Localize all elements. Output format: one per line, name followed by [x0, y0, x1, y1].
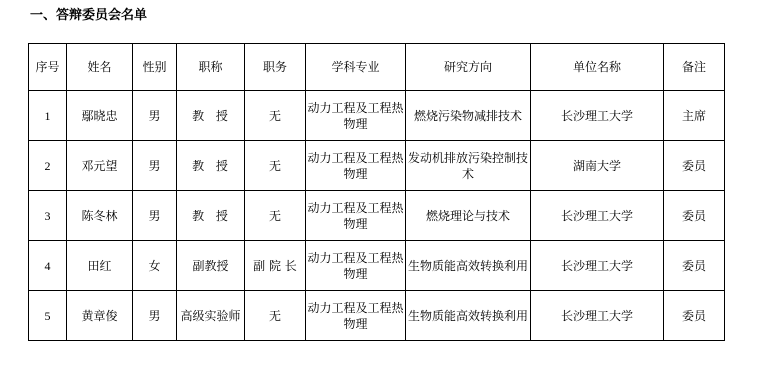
header-position: 职务 — [245, 44, 306, 91]
cell-gender: 男 — [133, 291, 177, 341]
header-gender: 性别 — [133, 44, 177, 91]
table-row: 1 鄢晓忠 男 教 授 无 动力工程及工程热物理 燃烧污染物减排技术 长沙理工大… — [29, 91, 725, 141]
cell-position: 无 — [245, 141, 306, 191]
cell-title: 教 授 — [177, 191, 245, 241]
cell-no: 4 — [29, 241, 67, 291]
cell-unit: 湖南大学 — [531, 141, 664, 191]
table-row: 4 田红 女 副教授 副 院 长 动力工程及工程热物理 生物质能高效转换利用 长… — [29, 241, 725, 291]
cell-gender: 男 — [133, 91, 177, 141]
cell-remark: 委员 — [664, 141, 725, 191]
cell-title: 教 授 — [177, 141, 245, 191]
cell-name: 陈冬林 — [67, 191, 133, 241]
cell-gender: 女 — [133, 241, 177, 291]
header-research: 研究方向 — [406, 44, 531, 91]
cell-no: 2 — [29, 141, 67, 191]
header-unit: 单位名称 — [531, 44, 664, 91]
header-title: 职称 — [177, 44, 245, 91]
cell-unit: 长沙理工大学 — [531, 91, 664, 141]
cell-no: 1 — [29, 91, 67, 141]
header-name: 姓名 — [67, 44, 133, 91]
cell-title: 高级实验师 — [177, 291, 245, 341]
cell-title: 副教授 — [177, 241, 245, 291]
cell-position: 副 院 长 — [245, 241, 306, 291]
cell-remark: 主席 — [664, 91, 725, 141]
cell-position: 无 — [245, 291, 306, 341]
cell-gender: 男 — [133, 191, 177, 241]
cell-unit: 长沙理工大学 — [531, 191, 664, 241]
cell-research: 燃烧理论与技术 — [406, 191, 531, 241]
cell-research: 生物质能高效转换利用 — [406, 241, 531, 291]
cell-discipline: 动力工程及工程热物理 — [306, 191, 406, 241]
cell-no: 3 — [29, 191, 67, 241]
cell-name: 邓元望 — [67, 141, 133, 191]
header-discipline: 学科专业 — [306, 44, 406, 91]
cell-research: 生物质能高效转换利用 — [406, 291, 531, 341]
section-title: 一、答辩委员会名单 — [30, 8, 147, 24]
cell-discipline: 动力工程及工程热物理 — [306, 141, 406, 191]
cell-name: 黄章俊 — [67, 291, 133, 341]
cell-discipline: 动力工程及工程热物理 — [306, 91, 406, 141]
header-remark: 备注 — [664, 44, 725, 91]
cell-title: 教 授 — [177, 91, 245, 141]
cell-position: 无 — [245, 91, 306, 141]
cell-discipline: 动力工程及工程热物理 — [306, 291, 406, 341]
table-header-row: 序号 姓名 性别 职称 职务 学科专业 研究方向 单位名称 备注 — [29, 44, 725, 91]
header-no: 序号 — [29, 44, 67, 91]
cell-unit: 长沙理工大学 — [531, 291, 664, 341]
cell-research: 燃烧污染物减排技术 — [406, 91, 531, 141]
cell-discipline: 动力工程及工程热物理 — [306, 241, 406, 291]
cell-no: 5 — [29, 291, 67, 341]
cell-name: 田红 — [67, 241, 133, 291]
cell-remark: 委员 — [664, 241, 725, 291]
cell-research: 发动机排放污染控制技术 — [406, 141, 531, 191]
cell-gender: 男 — [133, 141, 177, 191]
table-row: 5 黄章俊 男 高级实验师 无 动力工程及工程热物理 生物质能高效转换利用 长沙… — [29, 291, 725, 341]
committee-table: 序号 姓名 性别 职称 职务 学科专业 研究方向 单位名称 备注 1 鄢晓忠 男… — [28, 43, 725, 341]
cell-unit: 长沙理工大学 — [531, 241, 664, 291]
cell-remark: 委员 — [664, 291, 725, 341]
cell-name: 鄢晓忠 — [67, 91, 133, 141]
cell-position: 无 — [245, 191, 306, 241]
table-row: 2 邓元望 男 教 授 无 动力工程及工程热物理 发动机排放污染控制技术 湖南大… — [29, 141, 725, 191]
cell-remark: 委员 — [664, 191, 725, 241]
table-row: 3 陈冬林 男 教 授 无 动力工程及工程热物理 燃烧理论与技术 长沙理工大学 … — [29, 191, 725, 241]
